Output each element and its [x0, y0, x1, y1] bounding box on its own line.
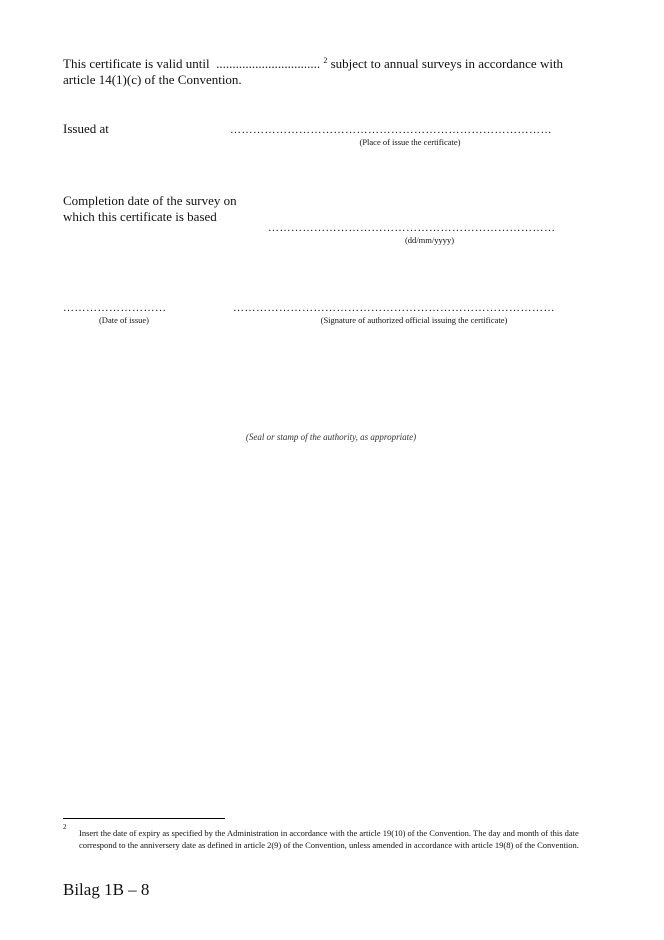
validity-line-1: This certificate is valid until ........…	[63, 56, 563, 72]
page-label: Bilag 1B – 8	[63, 880, 149, 900]
completion-label-line-2: which this certificate is based	[63, 209, 217, 225]
footnote-number: 2	[63, 823, 67, 831]
completion-date-caption: (dd/mm/yyyy)	[268, 235, 591, 245]
issued-at-caption: (Place of issue the certificate)	[230, 137, 590, 147]
validity-suffix: subject to annual surveys in accordance …	[331, 56, 563, 71]
validity-prefix: This certificate is valid until	[63, 56, 210, 71]
signature-caption: (Signature of authorized official issuin…	[233, 315, 595, 325]
date-of-issue-field[interactable]: ………………………	[63, 302, 185, 314]
signature-field[interactable]: …………………………………………………………………………	[233, 302, 595, 314]
footnote-reference: 2	[323, 56, 327, 65]
validity-line-2: article 14(1)(c) of the Convention.	[63, 72, 242, 88]
footnote-divider	[63, 818, 225, 819]
completion-date-field[interactable]: …………………………………………………………………	[268, 222, 591, 234]
issued-at-field[interactable]: …………………………………………………………………………	[230, 124, 590, 136]
completion-label-line-1: Completion date of the survey on	[63, 193, 237, 209]
seal-caption: (Seal or stamp of the authority, as appr…	[200, 432, 462, 442]
validity-date-field[interactable]: ................................	[216, 56, 320, 71]
date-of-issue-caption: (Date of issue)	[63, 315, 185, 325]
footnote-text: Insert the date of expiry as specified b…	[79, 827, 597, 851]
issued-at-label: Issued at	[63, 121, 109, 137]
